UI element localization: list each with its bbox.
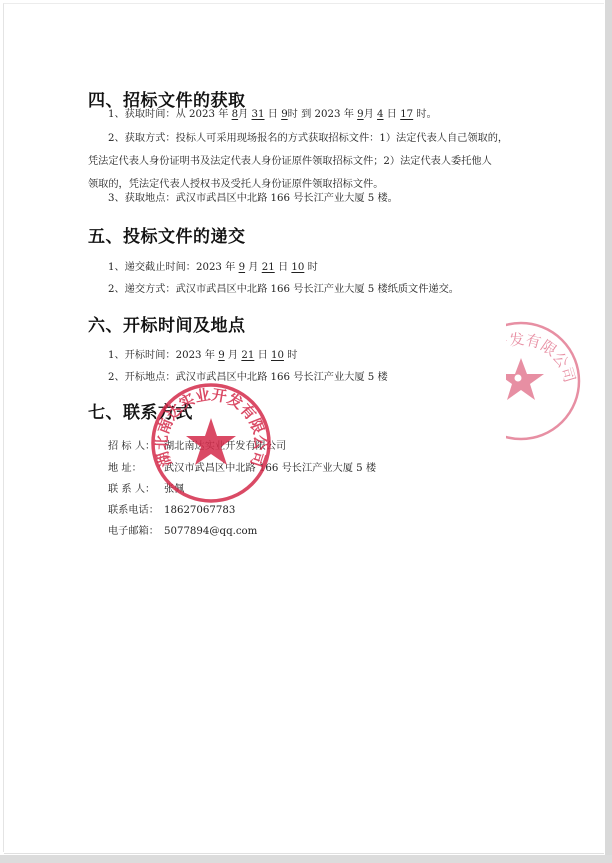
section-title-opening: 六、开标时间及地点 bbox=[88, 311, 246, 336]
page-right-shadow bbox=[605, 0, 612, 863]
section-title-submission: 五、投标文件的递交 bbox=[88, 222, 246, 247]
contact-tenderer: 招 标 人：湖北南达实业开发有限公司 bbox=[108, 437, 286, 452]
obtain-location: 3、获取地点：武汉市武昌区中北路 166 号长江产业大厦 5 楼。 bbox=[108, 188, 398, 209]
contact-email: 电子邮箱：5077894@qq.com bbox=[108, 522, 257, 537]
obtain-method-line2: 凭法定代表人身份证明书及法定代表人身份证原件领取招标文件；2）法定代表人委托他人 bbox=[88, 151, 492, 172]
submission-method: 2、递交方式：武汉市武昌区中北路 166 号长江产业大厦 5 楼纸质文件递交。 bbox=[108, 279, 459, 300]
contact-address: 地 址：武汉市武昌区中北路 166 号长江产业大厦 5 楼 bbox=[108, 459, 376, 474]
obtain-method-line1: 2、获取方式：投标人可采用现场报名的方式获取招标文件：1）法定代表人自己领取的， bbox=[108, 128, 508, 149]
submission-deadline: 1、递交截止时间：2023 年 9 月 21 日 10 时 bbox=[108, 257, 318, 278]
section-title-contact: 七、联系方式 bbox=[88, 398, 193, 423]
obtain-time: 1、获取时间：从 2023 年 8月 31 日 9时 到 2023 年 9月 4… bbox=[108, 104, 437, 125]
opening-location: 2、开标地点：武汉市武昌区中北路 166 号长江产业大厦 5 楼 bbox=[108, 367, 388, 388]
contact-person: 联 系 人：张佩 bbox=[108, 480, 184, 495]
page-bottom-shadow bbox=[0, 855, 612, 863]
contact-phone: 联系电话：18627067783 bbox=[108, 501, 235, 516]
page-bottom-edge bbox=[4, 853, 604, 854]
opening-time: 1、开标时间：2023 年 9 月 21 日 10 时 bbox=[108, 345, 297, 366]
